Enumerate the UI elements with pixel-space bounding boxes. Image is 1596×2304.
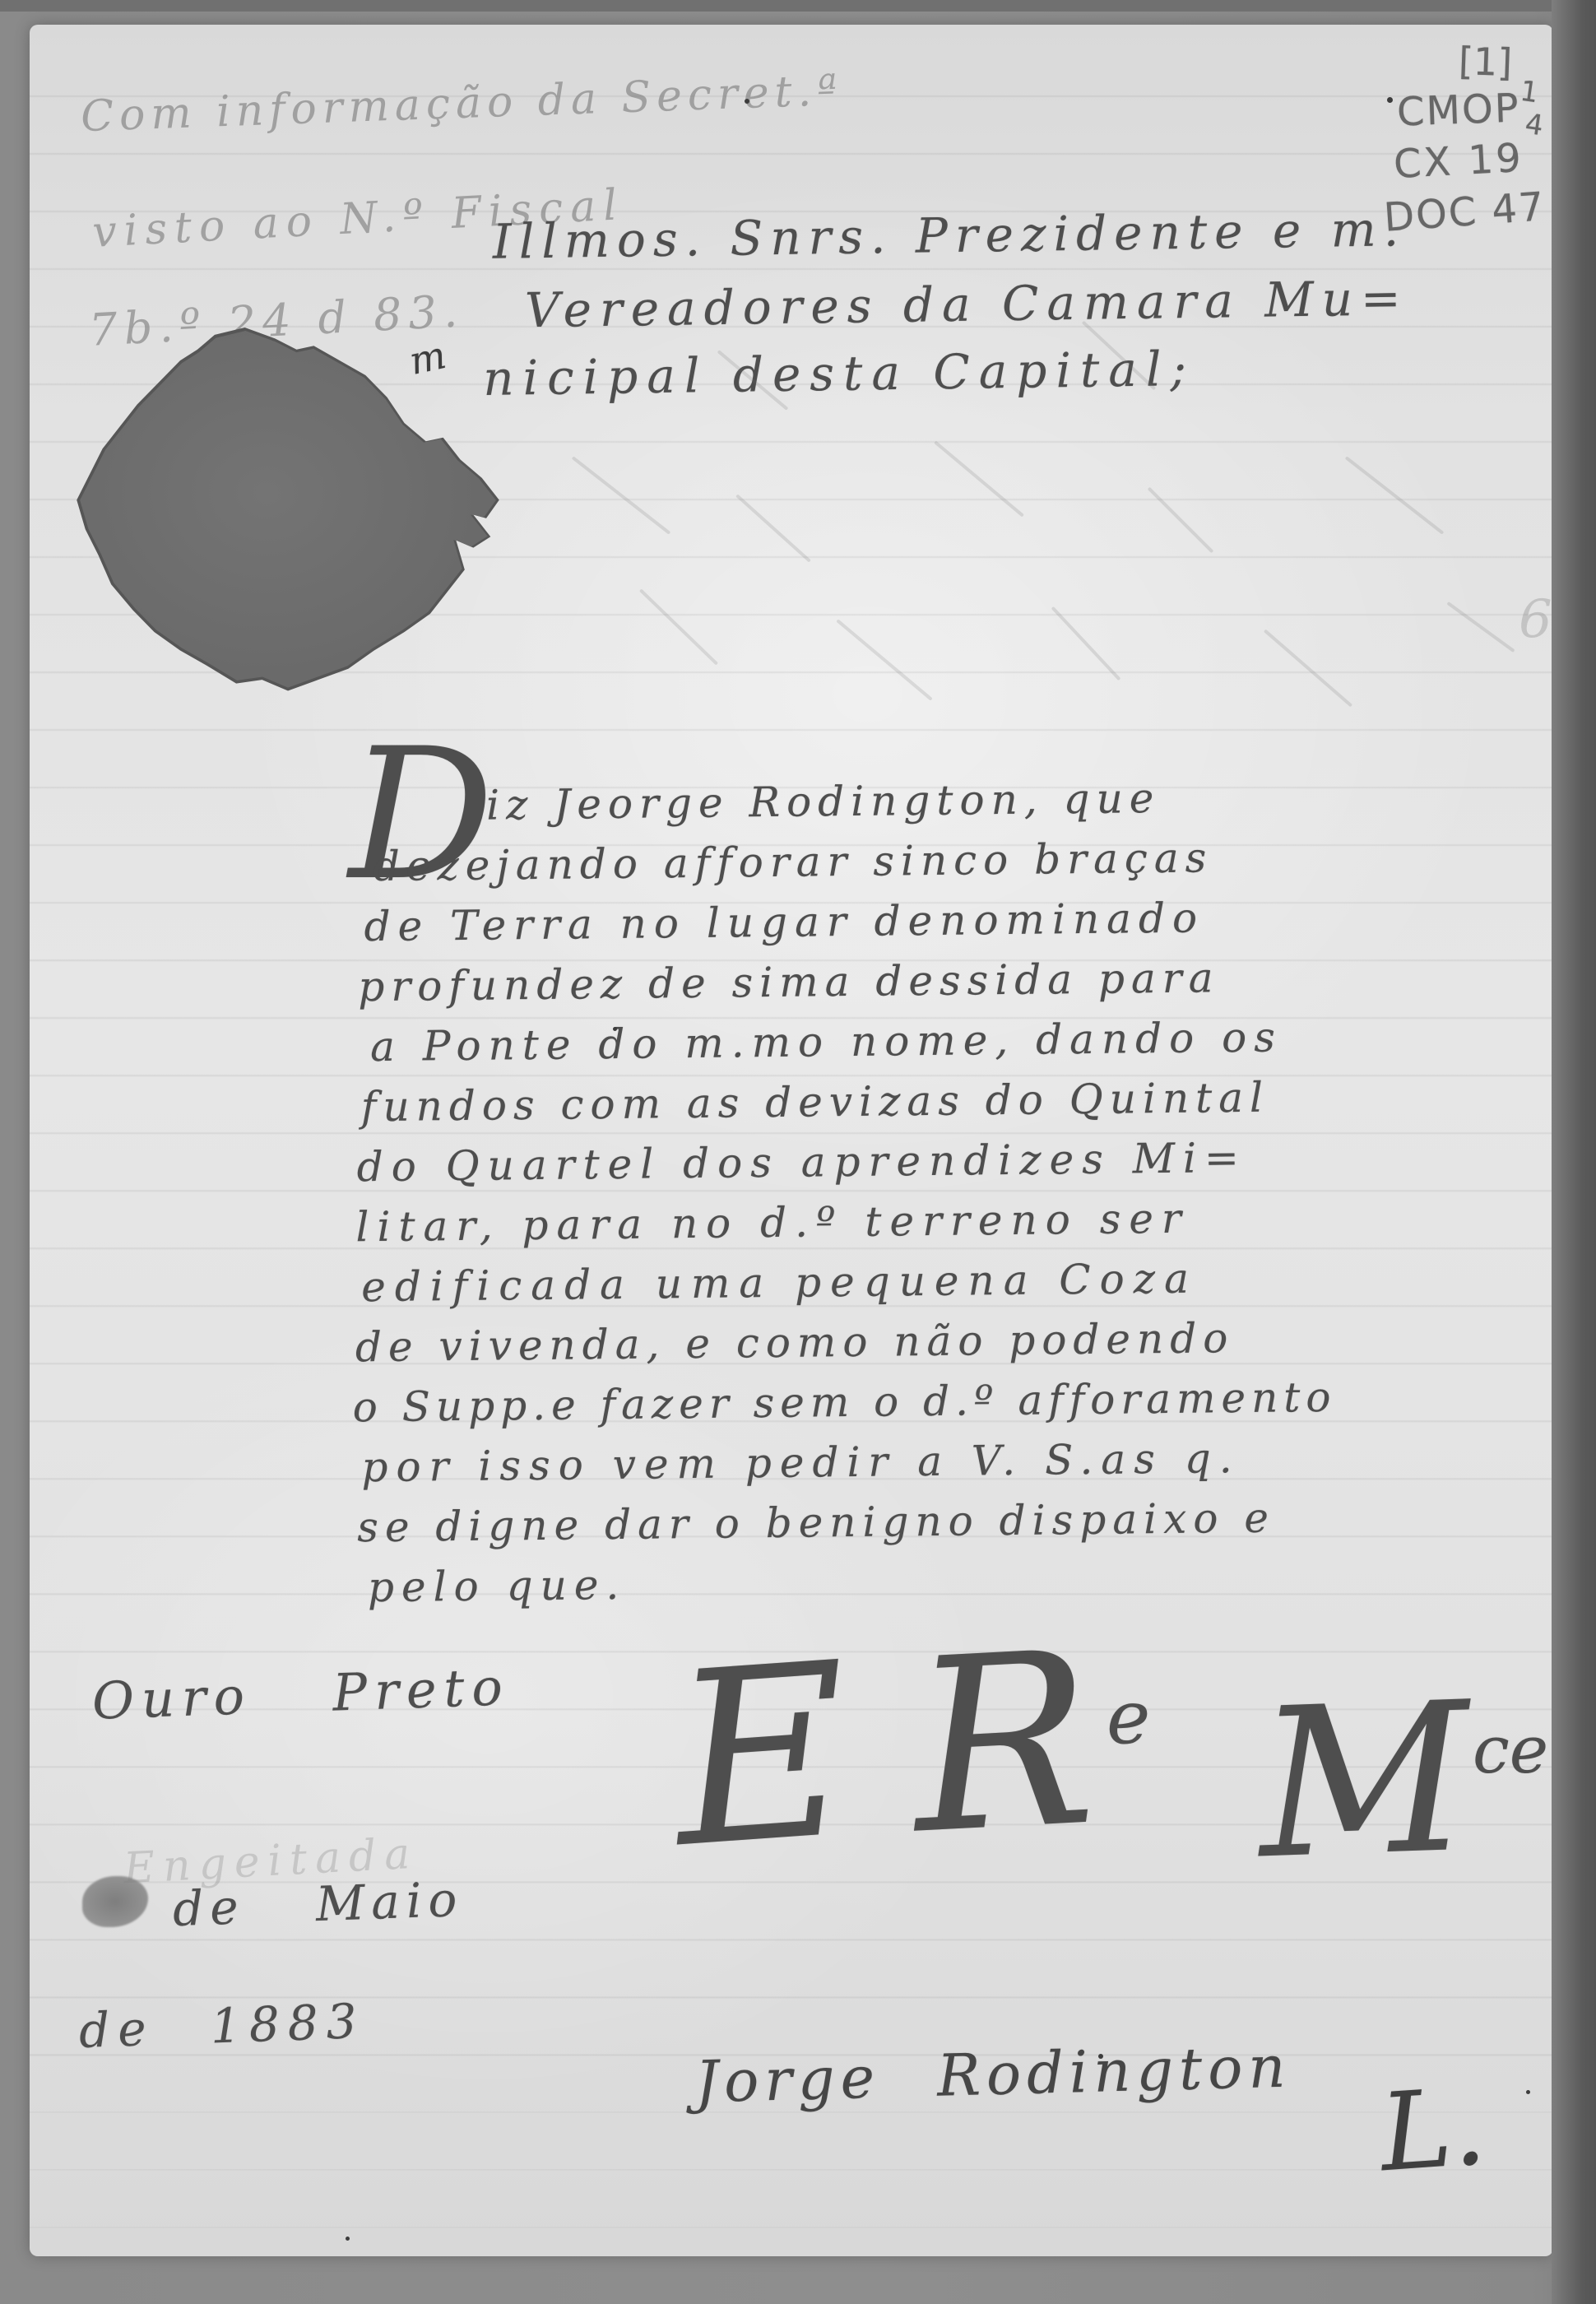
- secretary-initial: L.: [1376, 2064, 1490, 2196]
- petition-body: iz Jeorge Rodington, que dezejando affor…: [363, 767, 1339, 1618]
- scanner-edge-right: [1552, 0, 1596, 2304]
- body-line: litar, para no d.º terreno ser: [355, 1187, 1334, 1257]
- scanned-document-page: [1] CMOP 1 4 CX 19 DOC 47 Com informação…: [0, 0, 1596, 2304]
- paper-speck: [745, 99, 749, 104]
- body-line: fundos com as devizas do Quintal: [361, 1067, 1334, 1137]
- body-line: profundez de sima dessida para: [358, 947, 1332, 1017]
- body-line: de Terra no lugar denominado: [364, 887, 1331, 957]
- paper-speck: [1387, 97, 1393, 103]
- body-line: de vivenda, e como não podendo: [355, 1308, 1336, 1377]
- body-line: por isso vem pedir a V. S.as q.: [361, 1428, 1337, 1498]
- body-line: dezejando afforar sinco braças: [373, 827, 1330, 897]
- body-line: edificada uma pequena Coza: [361, 1247, 1335, 1317]
- salutation-line-2: Vereadores da Camara Mu=: [525, 270, 1409, 338]
- courtesy-letter-e: E: [666, 1632, 856, 1882]
- ghost-numeral: 6: [1519, 589, 1552, 650]
- archive-box-code: CX 19: [1393, 135, 1524, 188]
- paper-speck: [346, 2237, 350, 2241]
- body-line: iz Jeorge Rodington, que: [486, 767, 1330, 836]
- archive-fund-code: CMOP: [1396, 85, 1521, 135]
- salutation-line-1: Illmos. Snrs. Prezidente e m.: [492, 201, 1408, 270]
- paper-speck: [613, 1027, 617, 1031]
- paper-speck: [1526, 2090, 1530, 2094]
- body-line: do Quartel dos aprendizes Mi=: [356, 1127, 1334, 1197]
- body-line: pelo que.: [368, 1548, 1339, 1618]
- body-line: se digne dar o benigno dispaixo e: [357, 1488, 1338, 1558]
- body-line: o Supp.e fazer sem o d.º afforamento: [352, 1368, 1336, 1438]
- courtesy-letter-r-superscript: e: [1107, 1675, 1150, 1761]
- body-line: a Ponte do m.mo nome, dando os: [370, 1007, 1333, 1077]
- salutation-block: Illmos. Snrs. Prezidente e m. Vereadores…: [492, 201, 1410, 406]
- courtesy-letter-r: R: [907, 1620, 1099, 1868]
- courtesy-letter-m-superscript: ce: [1473, 1712, 1548, 1788]
- scanner-edge-top: [0, 0, 1596, 12]
- page-number-marker: [1]: [1458, 39, 1513, 85]
- dateline-year: de 1883: [78, 1993, 366, 2059]
- paper-speck: [1098, 2054, 1103, 2059]
- courtesy-letter-m: M: [1255, 1675, 1473, 1888]
